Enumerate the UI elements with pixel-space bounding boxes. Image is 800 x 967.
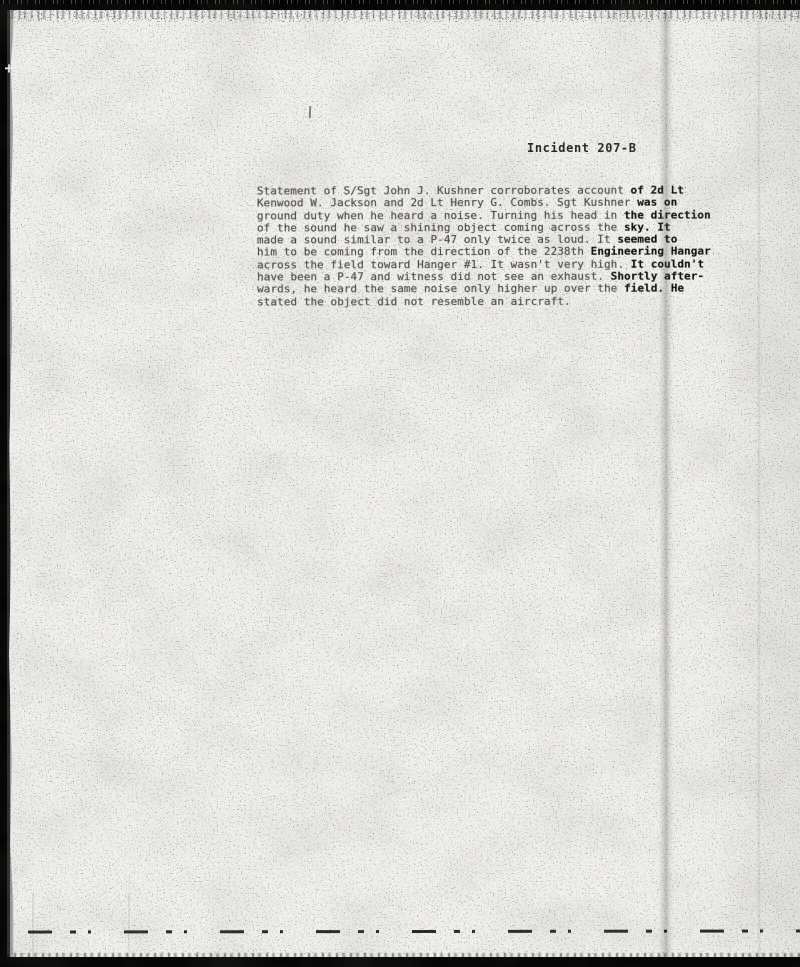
statement-paragraph: Statement of S/Sgt John J. Kushner corro… [257,185,717,309]
grain-overlay [0,0,800,967]
scanned-document-page: Incident 207-B Statement of S/Sgt John J… [0,0,800,967]
perforation-dashes [28,929,800,933]
statement-text-dark: of 2d Lt [631,184,684,197]
statement-text-dark: field. He [624,282,684,295]
paper-crease [128,893,130,957]
statement-text-dark: Shortly after- [611,270,704,283]
stray-ink-mark [309,106,311,118]
statement-line: stated the object did not resemble an ai… [257,295,717,308]
film-edge-top-stripes [0,0,800,4]
incident-heading: Incident 207-B [527,141,637,155]
film-edge-bottom [0,957,800,967]
film-edge-left [0,8,15,960]
statement-text-faded: stated the object did not resemble an ai… [257,294,571,308]
paper-crease [32,893,34,957]
right-edge-shading [700,0,800,967]
statement-text-dark: Engineering Hangar [591,245,711,258]
scanner-streak [659,12,673,958]
film-edge-top-frays [0,10,800,19]
registration-cross: + [2,62,16,76]
